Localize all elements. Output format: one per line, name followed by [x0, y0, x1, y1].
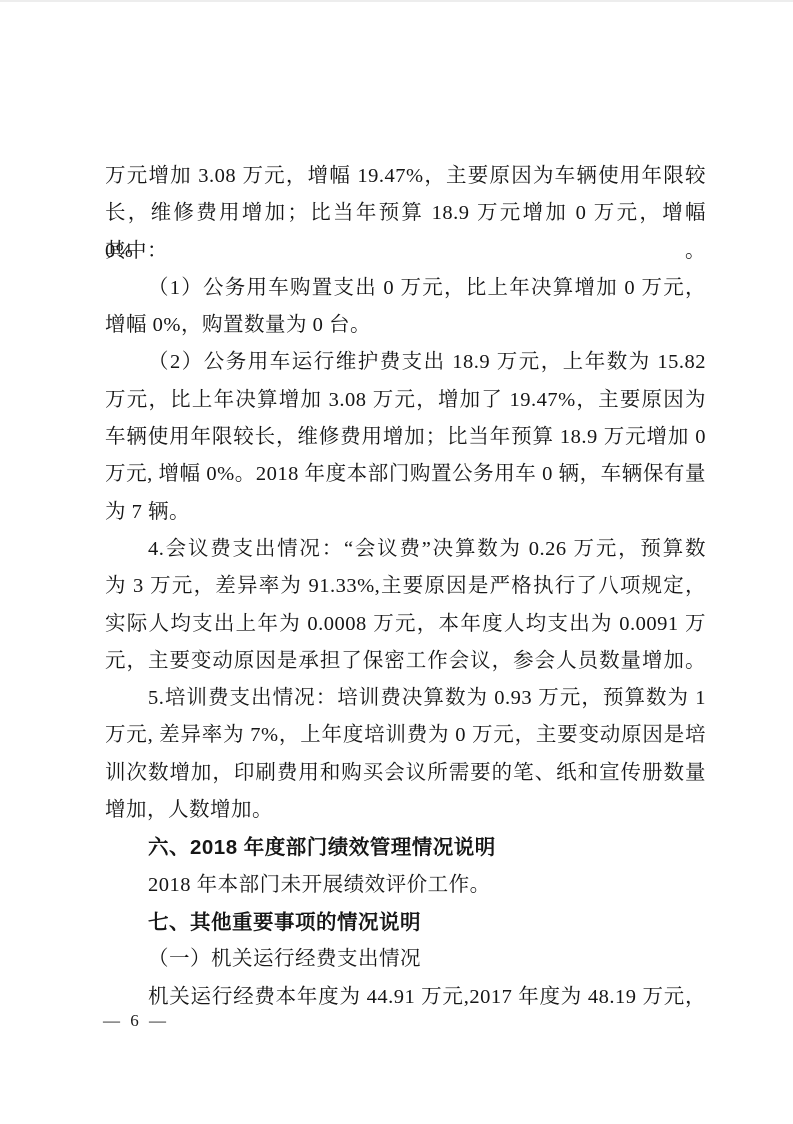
page-number: — 6 —	[103, 1008, 169, 1034]
text-line: 万元，比上年决算增加 3.08 万元，增加了 19.47%，主要原因为	[105, 382, 706, 419]
text-line: 增加，人数增加。	[105, 792, 706, 829]
text-line: 车辆使用年限较长，维修费用增加；比当年预算 18.9 万元增加 0	[105, 419, 706, 456]
text-line: 元，主要变动原因是承担了保密工作会议，参会人员数量增加。	[105, 643, 706, 680]
text-line: 训次数增加，印刷费用和购买会议所需要的笔、纸和宣传册数量	[105, 755, 706, 792]
text-line: （2）公务用车运行维护费支出 18.9 万元，上年数为 15.82	[105, 344, 706, 381]
text-line: 机关运行经费本年度为 44.91 万元,2017 年度为 48.19 万元，	[105, 979, 706, 1016]
text-line: 为 3 万元，差异率为 91.33%,主要原因是严格执行了八项规定，	[105, 568, 706, 605]
section-heading-seven: 七、其他重要事项的情况说明	[105, 904, 706, 941]
text-line: 5.培训费支出情况：培训费决算数为 0.93 万元，预算数为 1	[105, 680, 706, 717]
text-line: 万元, 增幅 0%。2018 年度本部门购置公务用车 0 辆，车辆保有量	[105, 456, 706, 493]
text-line: 万元, 差异率为 7%，上年度培训费为 0 万元，主要变动原因是培	[105, 717, 706, 754]
text-line: 实际人均支出上年为 0.0008 万元，本年度人均支出为 0.0091 万	[105, 606, 706, 643]
text-line: 2018 年本部门未开展绩效评价工作。	[105, 867, 706, 904]
text-line: （一）机关运行经费支出情况	[105, 941, 706, 978]
text-line: 长，维修费用增加；比当年预算 18.9 万元增加 0 万元，增幅 0%。	[105, 195, 706, 232]
text-line: 万元增加 3.08 万元，增幅 19.47%，主要原因为车辆使用年限较	[105, 158, 706, 195]
document-page: 万元增加 3.08 万元，增幅 19.47%，主要原因为车辆使用年限较 长，维修…	[0, 0, 793, 1124]
document-text-block: 万元增加 3.08 万元，增幅 19.47%，主要原因为车辆使用年限较 长，维修…	[105, 158, 706, 1016]
text-line: （1）公务用车购置支出 0 万元，比上年决算增加 0 万元，	[105, 270, 706, 307]
text-line: 4.会议费支出情况：“会议费”决算数为 0.26 万元，预算数	[105, 531, 706, 568]
section-heading-six: 六、2018 年度部门绩效管理情况说明	[105, 829, 706, 866]
text-line: 为 7 辆。	[105, 494, 706, 531]
text-line: 增幅 0%，购置数量为 0 台。	[105, 307, 706, 344]
